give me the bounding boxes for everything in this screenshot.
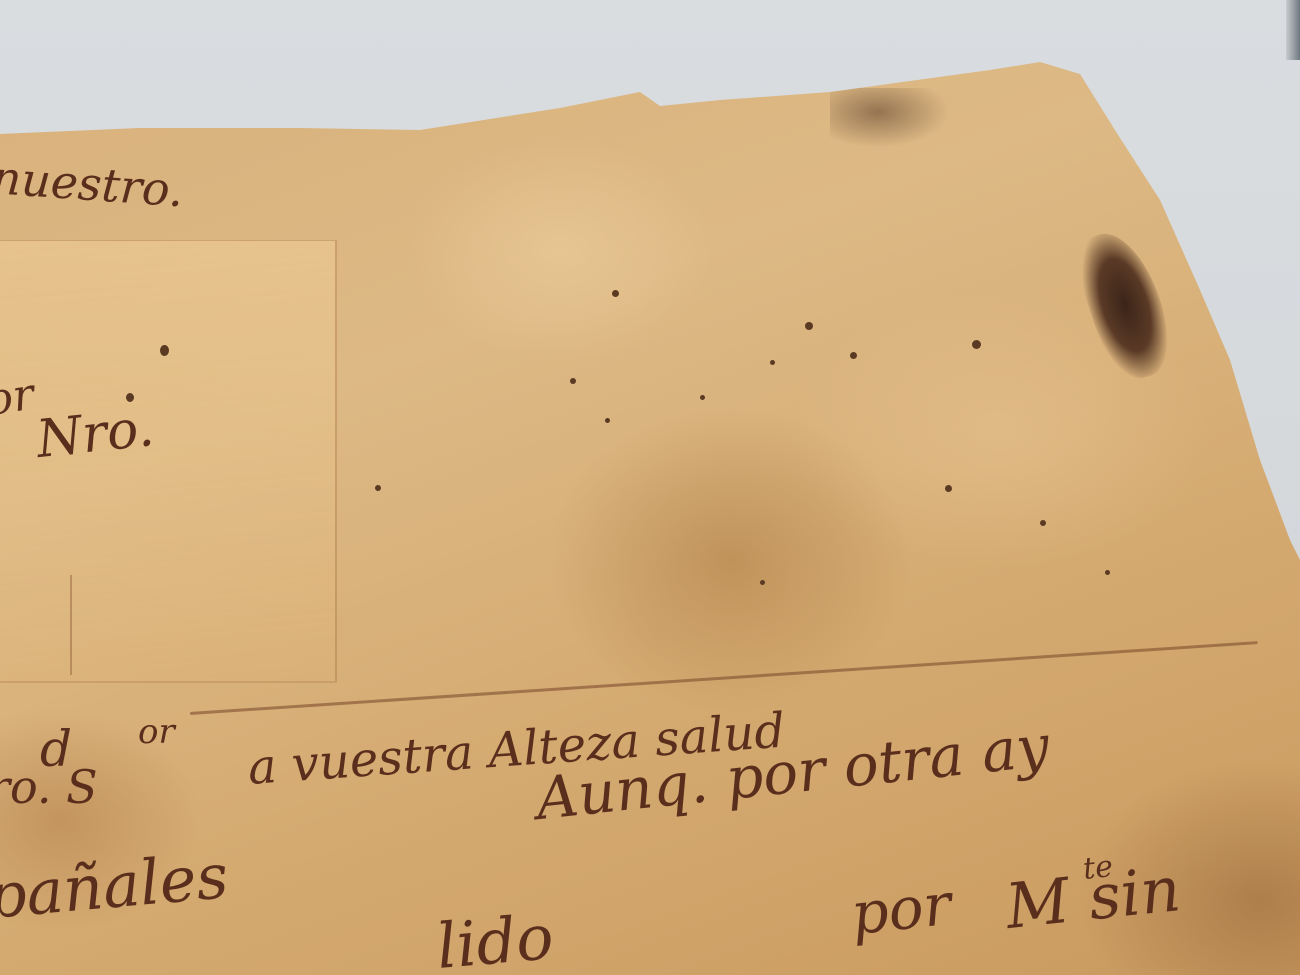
- ink-spot: [945, 485, 952, 492]
- ink-spot: [160, 345, 169, 356]
- manuscript-paper: nuestro. or Nro. d or ro. S a vuestra Al…: [0, 0, 1300, 975]
- ink-spot: [805, 322, 813, 330]
- manuscript-line: Nro.: [34, 398, 157, 470]
- ink-spot: [850, 352, 857, 359]
- ink-spot: [972, 340, 981, 349]
- manuscript-line: nuestro.: [0, 150, 185, 217]
- ink-spot: [1040, 520, 1046, 526]
- ink-spot: [605, 418, 610, 423]
- ink-spot: [770, 360, 775, 365]
- manuscript-line: or: [138, 712, 175, 752]
- ink-spot: [612, 290, 619, 297]
- manuscript-line: M sin: [1002, 852, 1183, 943]
- ink-spot: [570, 378, 576, 384]
- patch-crease: [70, 575, 72, 675]
- manuscript-line: lido: [434, 900, 557, 975]
- corner-stain: [830, 88, 950, 148]
- ink-spot: [1105, 570, 1110, 575]
- manuscript-word: por: [848, 870, 954, 948]
- manuscript-line: pañales: [0, 839, 231, 933]
- manuscript-line: ro. S: [0, 760, 98, 814]
- ink-spot: [700, 395, 705, 400]
- ink-spot: [760, 580, 765, 585]
- background-edge: [1286, 0, 1300, 60]
- manuscript-line: or: [0, 369, 37, 426]
- ink-spot: [375, 485, 381, 491]
- fold-line: [190, 641, 1258, 715]
- manuscript-line: por: [848, 870, 954, 948]
- tear-hole: [1069, 223, 1182, 387]
